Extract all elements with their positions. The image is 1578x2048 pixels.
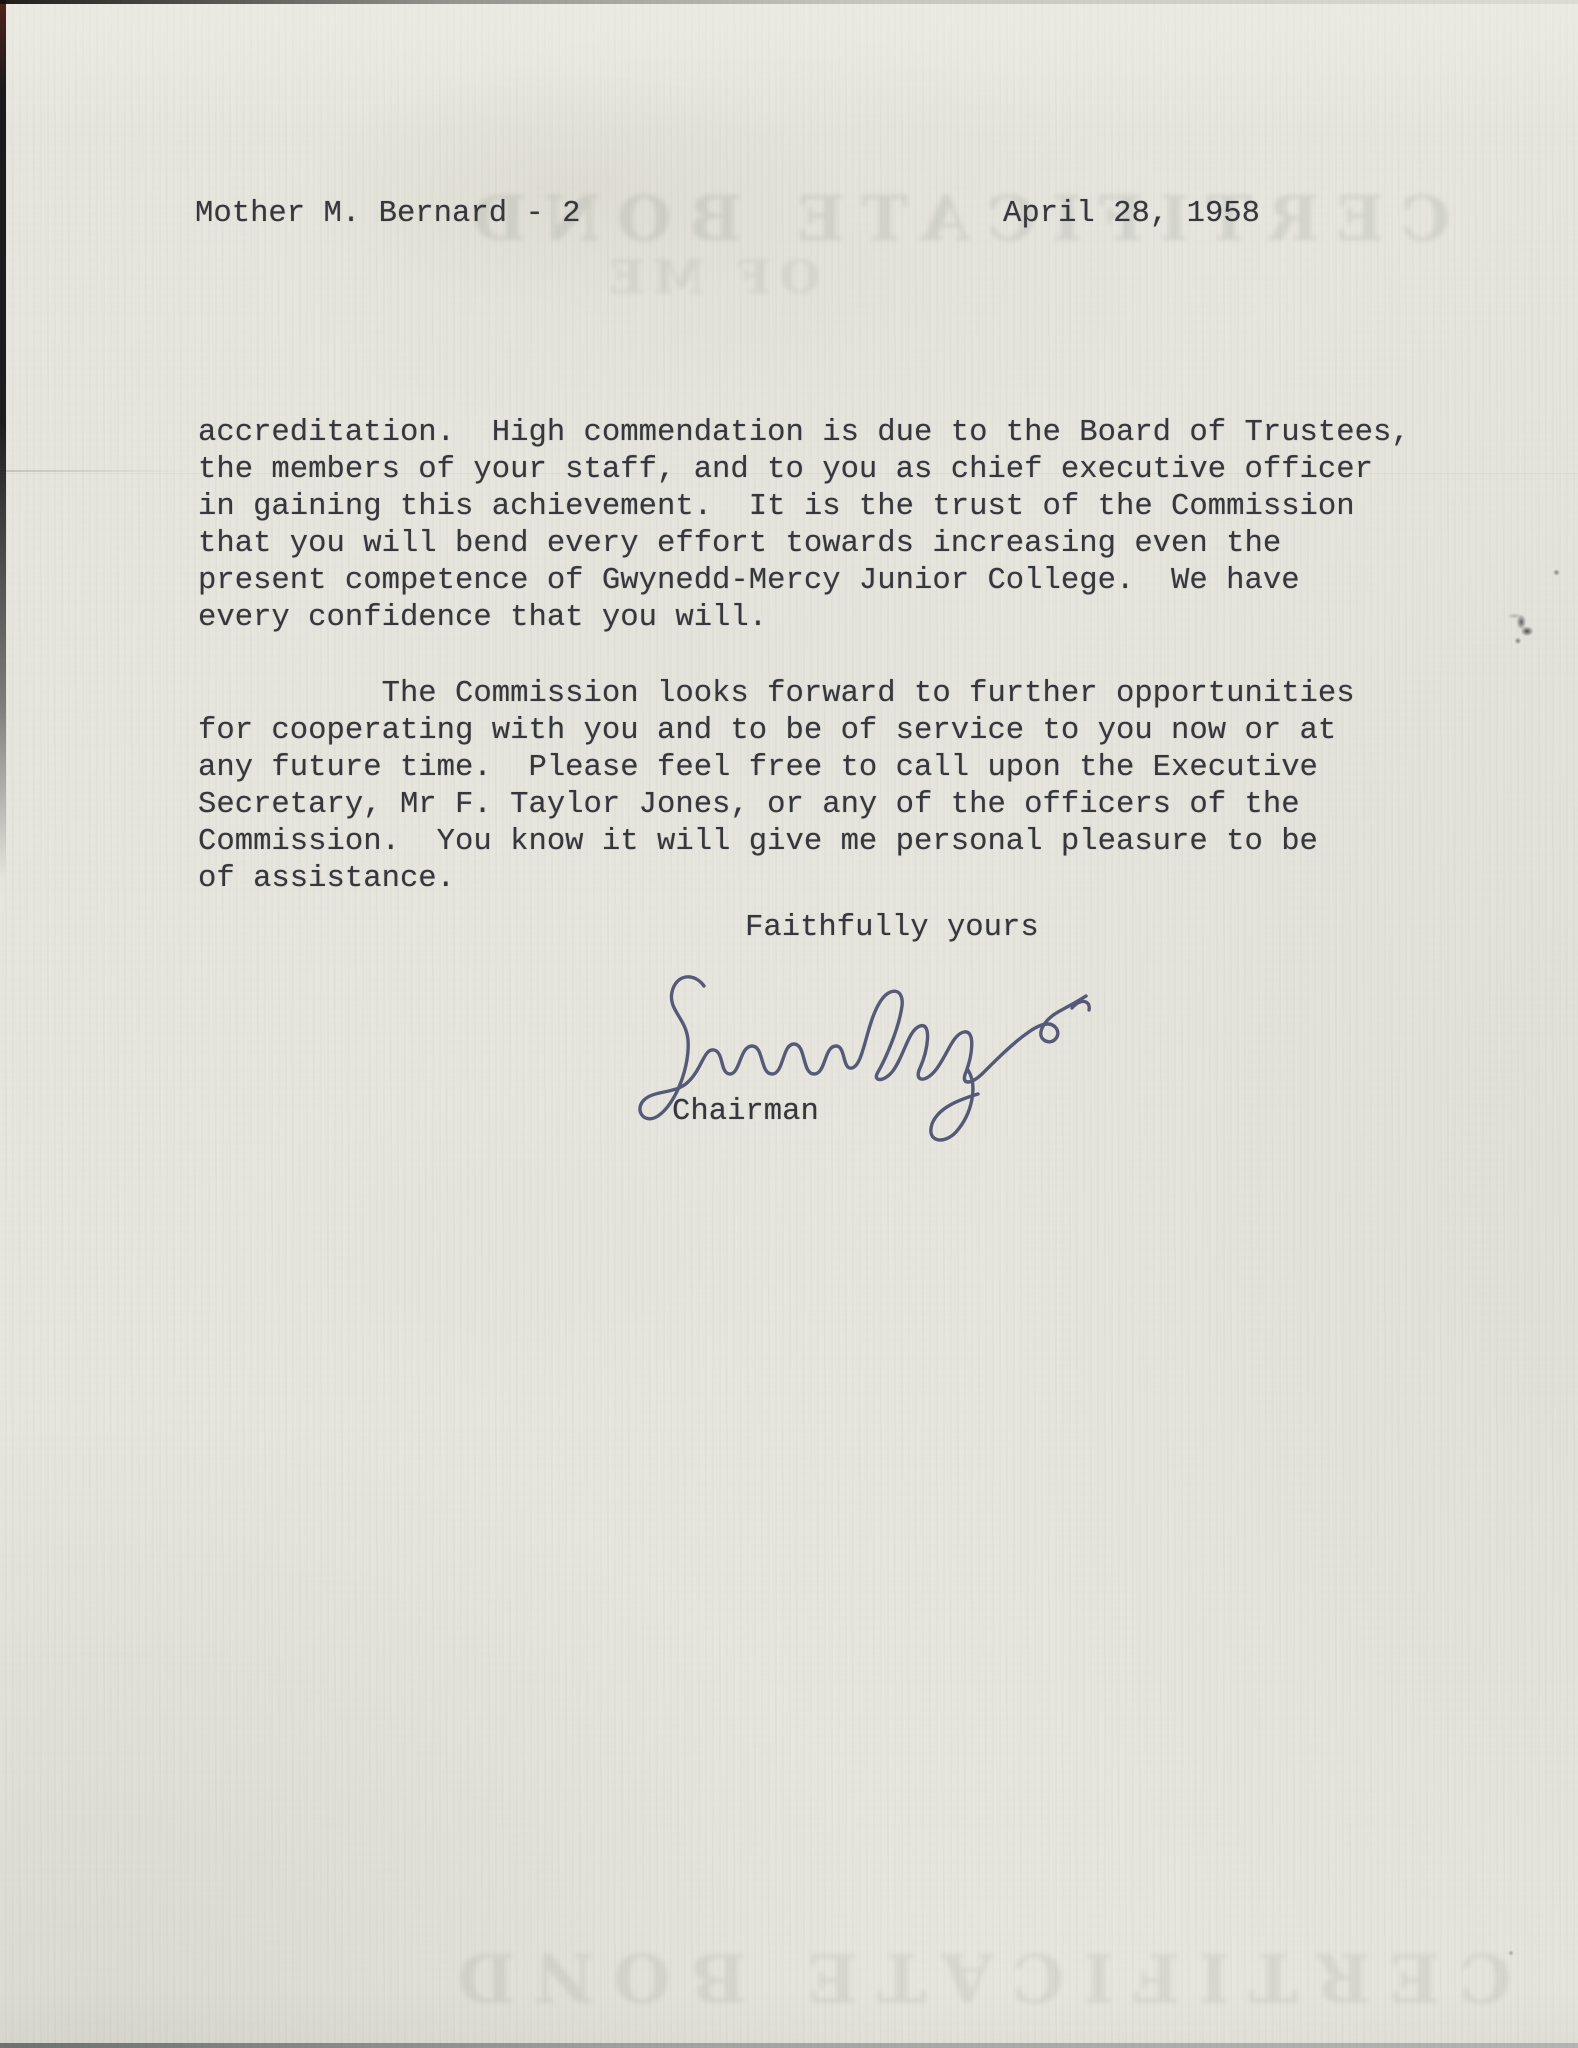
- ink-dot: [1553, 569, 1560, 576]
- date-line: April 28, 1958: [1003, 196, 1260, 233]
- scan-edge-bottom: [0, 2043, 1578, 2048]
- valediction: Faithfully yours: [745, 910, 1039, 947]
- paper-speck: [1508, 1950, 1514, 1956]
- paper-crease: [0, 470, 190, 472]
- bleed-through-text-top-secondary: OF ME: [600, 250, 820, 304]
- scan-edge-left: [0, 0, 6, 880]
- scan-edge-top: [0, 0, 1578, 4]
- body-paragraph-2: The Commission looks forward to further …: [198, 676, 1355, 898]
- ink-smudge: [1506, 608, 1540, 648]
- bleed-through-text-top: CERTIFICATE BOND: [470, 182, 1450, 255]
- bleed-through-text-bottom: CERTIFICATE BOND: [420, 1938, 1530, 2016]
- signature-handwriting: [628, 962, 1108, 1157]
- body-paragraph-1: accreditation. High commendation is due …: [198, 415, 1410, 637]
- addressee-page-line: Mother M. Bernard - 2: [195, 196, 581, 233]
- letter-scan-page: CERTIFICATE BOND OF ME CERTIFICATE BOND …: [0, 0, 1578, 2048]
